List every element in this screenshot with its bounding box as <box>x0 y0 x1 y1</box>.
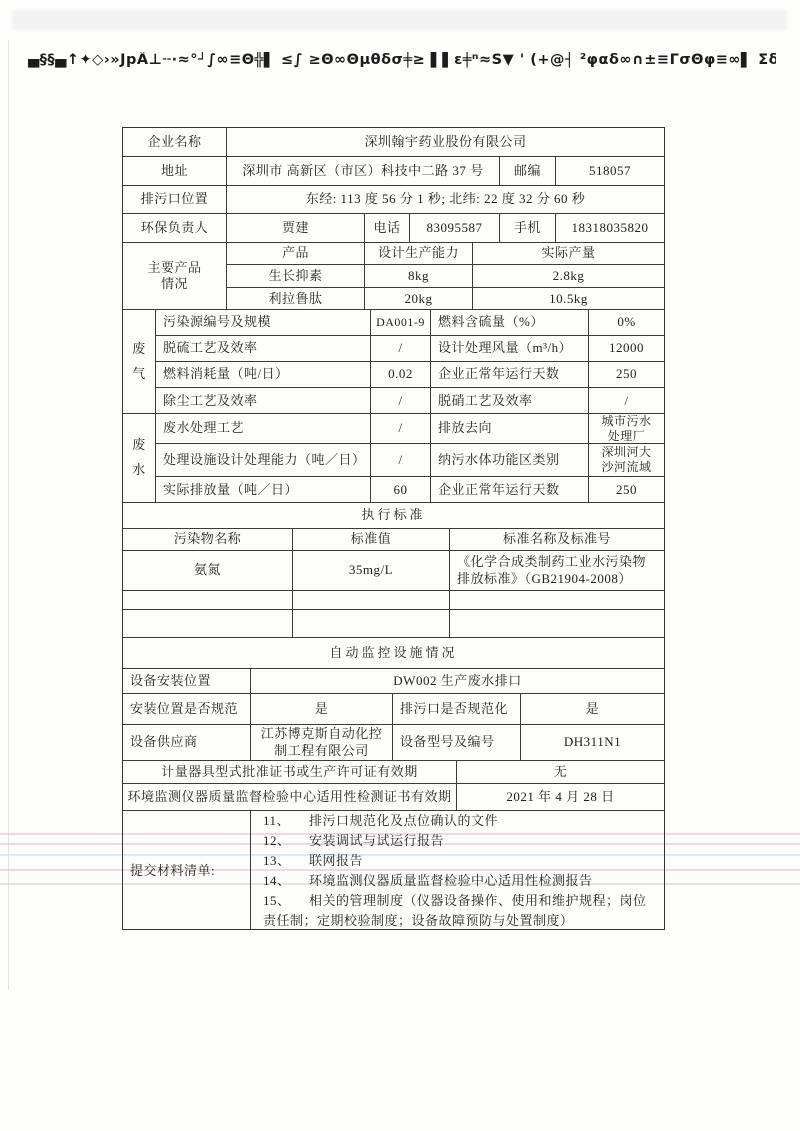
standard-value <box>293 591 450 609</box>
monitoring-title-row: 自动监控设施情况 <box>123 638 664 669</box>
wg-label-1: 燃料消耗量（吨/日） <box>156 362 371 387</box>
outlet-position-row: 排污口位置 东经: 113 度 56 分 1 秒; 北纬: 22 度 32 分 … <box>123 186 664 214</box>
products-header-row: 产品 设计生产能力 实际产量 <box>227 243 664 265</box>
standard-value: 35mg/L <box>293 551 450 590</box>
mobile-label: 手机 <box>500 214 556 242</box>
model-value: DH311N1 <box>521 725 664 760</box>
waste-water-section: 废水 废水处理工艺 / 排放去向 城市污水 处理厂 处理设施设计处理能力（吨／日… <box>123 414 664 503</box>
waste-gas-row: 污染源编号及规模 DA001-9 燃料含硫量（%） 0% <box>156 310 664 336</box>
wg-label-1: 脱硫工艺及效率 <box>156 336 371 361</box>
products-section: 主要产品 情况 产品 设计生产能力 实际产量 生长抑素 8kg 2.8kg 利拉… <box>123 243 664 310</box>
postcode-value: 518057 <box>556 157 664 185</box>
ww-label-2: 企业正常年运行天数 <box>431 477 589 503</box>
waste-water-row: 废水处理工艺 / 排放去向 城市污水 处理厂 <box>156 414 664 444</box>
standards-empty-row <box>123 610 664 638</box>
scan-edge-line <box>8 40 9 990</box>
ww-label-2: 纳污水体功能区类别 <box>431 444 589 476</box>
wg-label-2: 企业正常年运行天数 <box>431 362 589 387</box>
materials-item: 15、相关的管理制度（仪器设备操作、使用和维护规程；岗位责任制；定期校验制度；设… <box>263 891 658 930</box>
registration-form-table: 企业名称 深圳翰宇药业股份有限公司 地址 深圳市 高新区（市区）科技中二路 37… <box>122 127 665 930</box>
ww-value-2: 城市污水 处理厂 <box>589 414 664 443</box>
monitoring-title: 自动监控设施情况 <box>123 638 664 668</box>
materials-item-number: 14、 <box>263 871 309 891</box>
materials-item-text: 安装调试与试运行报告 <box>309 833 444 848</box>
supplier-row: 设备供应商 江苏博克斯自动化控 制工程有限公司 设备型号及编号 DH311N1 <box>123 725 664 761</box>
meter-cert-label: 计量器具型式批准证书或生产许可证有效期 <box>123 761 457 783</box>
phone-label: 电话 <box>365 214 410 242</box>
wg-label-2: 脱硝工艺及效率 <box>431 388 589 414</box>
pollutant-name <box>123 610 293 637</box>
waste-gas-row: 脱硫工艺及效率 / 设计处理风量（m³/h） 12000 <box>156 336 664 362</box>
materials-item: 13、联网报告 <box>263 851 658 871</box>
company-value: 深圳翰宇药业股份有限公司 <box>227 128 664 156</box>
product-row: 利拉鲁肽 20kg 10.5kg <box>227 288 664 310</box>
wg-value-2: 12000 <box>589 336 664 361</box>
materials-row: 提交材料清单: 11、排污口规范化及点位确认的文件 12、安装调试与试运行报告 … <box>123 811 664 930</box>
phone-value: 83095587 <box>410 214 500 242</box>
ww-value-1: / <box>371 414 431 443</box>
standard-name: 《化学合成类制药工业水污染物 排放标准》（GB21904-2008） <box>450 551 664 590</box>
products-section-label: 主要产品 情况 <box>123 243 227 309</box>
waste-water-label-text: 废水 <box>132 433 147 482</box>
capacity-col-header: 设计生产能力 <box>365 243 473 264</box>
supplier-value: 江苏博克斯自动化控 制工程有限公司 <box>251 725 393 760</box>
company-row: 企业名称 深圳翰宇药业股份有限公司 <box>123 128 664 157</box>
wg-value-1: DA001-9 <box>371 310 431 335</box>
supplier-label: 设备供应商 <box>123 725 251 760</box>
pollutant-name: 氨氮 <box>123 551 293 590</box>
materials-item-text: 联网报告 <box>309 853 363 868</box>
ww-value-2: 250 <box>589 477 664 503</box>
standard-name <box>450 591 664 609</box>
standards-title-row: 执行标准 <box>123 503 664 529</box>
ww-label-1: 废水处理工艺 <box>156 414 371 443</box>
waste-water-section-label: 废水 <box>123 414 156 502</box>
standards-title: 执行标准 <box>123 503 664 528</box>
waste-gas-section: 废气 污染源编号及规模 DA001-9 燃料含硫量（%） 0% 脱硫工艺及效率 … <box>123 310 664 414</box>
materials-item: 11、排污口规范化及点位确认的文件 <box>263 811 658 831</box>
materials-item-text: 排污口规范化及点位确认的文件 <box>309 813 498 828</box>
standards-data-row: 氨氮 35mg/L 《化学合成类制药工业水污染物 排放标准》（GB21904-2… <box>123 551 664 591</box>
contact-name: 贾建 <box>227 214 365 242</box>
install-location-label: 设备安装位置 <box>123 669 251 693</box>
standard-value-col-header: 标准值 <box>293 529 450 550</box>
ww-label-1: 处理设施设计处理能力（吨／日） <box>156 444 371 476</box>
standards-header-row: 污染物名称 标准值 标准名称及标准号 <box>123 529 664 551</box>
pollutant-name <box>123 591 293 609</box>
product-name: 利拉鲁肽 <box>227 288 365 310</box>
position-compliant-value: 是 <box>251 694 393 724</box>
outlet-position-label: 排污口位置 <box>123 186 227 213</box>
waste-water-row: 实际排放量（吨／日） 60 企业正常年运行天数 250 <box>156 477 664 503</box>
env-cert-label: 环境监测仪器质量监督检验中心适用性检测证书有效期 <box>123 784 457 810</box>
scan-artifact-band <box>12 10 787 30</box>
contact-label: 环保负责人 <box>123 214 227 242</box>
materials-item-text: 相关的管理制度（仪器设备操作、使用和维护规程；岗位责任制；定期校验制度；设备故障… <box>263 893 647 928</box>
ww-value-1: / <box>371 444 431 476</box>
standards-empty-row <box>123 591 664 610</box>
ww-label-1: 实际排放量（吨／日） <box>156 477 371 503</box>
wg-label-2: 燃料含硫量（%） <box>431 310 589 335</box>
materials-item-number: 12、 <box>263 831 309 851</box>
materials-label: 提交材料清单: <box>123 811 251 930</box>
materials-item-number: 15、 <box>263 891 309 911</box>
materials-item-number: 13、 <box>263 851 309 871</box>
output-col-header: 实际产量 <box>473 243 664 264</box>
address-value: 深圳市 高新区（市区）科技中二路 37 号 <box>227 157 500 185</box>
meter-cert-value: 无 <box>457 761 664 783</box>
materials-item-number: 11、 <box>263 811 309 831</box>
materials-item: 14、环境监测仪器质量监督检验中心适用性检测报告 <box>263 871 658 891</box>
waste-gas-row: 除尘工艺及效率 / 脱硝工艺及效率 / <box>156 388 664 414</box>
postcode-label: 邮编 <box>500 157 556 185</box>
wg-value-2: 0% <box>589 310 664 335</box>
wg-value-1: 0.02 <box>371 362 431 387</box>
compliance-row: 安装位置是否规范 是 排污口是否规范化 是 <box>123 694 664 725</box>
env-cert-value: 2021 年 4 月 28 日 <box>457 784 664 810</box>
outlet-position-value: 东经: 113 度 56 分 1 秒; 北纬: 22 度 32 分 60 秒 <box>227 186 664 213</box>
product-capacity: 20kg <box>365 288 473 310</box>
ww-value-1: 60 <box>371 477 431 503</box>
wg-value-2: / <box>589 388 664 414</box>
product-name: 生长抑素 <box>227 265 365 287</box>
env-cert-row: 环境监测仪器质量监督检验中心适用性检测证书有效期 2021 年 4 月 28 日 <box>123 784 664 811</box>
standard-name-col-header: 标准名称及标准号 <box>450 529 664 550</box>
address-label: 地址 <box>123 157 227 185</box>
address-row: 地址 深圳市 高新区（市区）科技中二路 37 号 邮编 518057 <box>123 157 664 186</box>
wg-label-1: 除尘工艺及效率 <box>156 388 371 414</box>
wg-label-2: 设计处理风量（m³/h） <box>431 336 589 361</box>
contact-row: 环保负责人 贾建 电话 83095587 手机 18318035820 <box>123 214 664 243</box>
scanned-document-page: ▄§§▄↑✦◇›»JpÄ⊥╌·≈°┘∫∞≡Θ╬▌ ≤∫ ≥Θ∞Θμθδσ╪≥ ▌… <box>0 0 800 1131</box>
wg-value-2: 250 <box>589 362 664 387</box>
waste-gas-label-text: 废气 <box>132 337 147 386</box>
ww-label-2: 排放去向 <box>431 414 589 443</box>
outlet-compliant-value: 是 <box>521 694 664 724</box>
product-capacity: 8kg <box>365 265 473 287</box>
mobile-value: 18318035820 <box>556 214 664 242</box>
model-label: 设备型号及编号 <box>393 725 521 760</box>
product-col-header: 产品 <box>227 243 365 264</box>
standard-value <box>293 610 450 637</box>
ww-value-2: 深圳河大 沙河流域 <box>589 444 664 476</box>
wg-label-1: 污染源编号及规模 <box>156 310 371 335</box>
materials-list: 11、排污口规范化及点位确认的文件 12、安装调试与试运行报告 13、联网报告 … <box>251 811 664 930</box>
wg-value-1: / <box>371 336 431 361</box>
product-output: 10.5kg <box>473 288 664 310</box>
waste-gas-section-label: 废气 <box>123 310 156 413</box>
waste-water-row: 处理设施设计处理能力（吨／日） / 纳污水体功能区类别 深圳河大 沙河流域 <box>156 444 664 477</box>
install-location-value: DW002 生产废水排口 <box>251 669 664 693</box>
install-location-row: 设备安装位置 DW002 生产废水排口 <box>123 669 664 694</box>
product-output: 2.8kg <box>473 265 664 287</box>
position-compliant-label: 安装位置是否规范 <box>123 694 251 724</box>
standard-name <box>450 610 664 637</box>
product-row: 生长抑素 8kg 2.8kg <box>227 265 664 288</box>
meter-cert-row: 计量器具型式批准证书或生产许可证有效期 无 <box>123 761 664 784</box>
waste-gas-row: 燃料消耗量（吨/日） 0.02 企业正常年运行天数 250 <box>156 362 664 388</box>
scan-noise-line: ▄§§▄↑✦◇›»JpÄ⊥╌·≈°┘∫∞≡Θ╬▌ ≤∫ ≥Θ∞Θμθδσ╪≥ ▌… <box>28 52 776 72</box>
outlet-compliant-label: 排污口是否规范化 <box>393 694 521 724</box>
company-label: 企业名称 <box>123 128 227 156</box>
materials-item: 12、安装调试与试运行报告 <box>263 831 658 851</box>
materials-item-text: 环境监测仪器质量监督检验中心适用性检测报告 <box>309 873 593 888</box>
pollutant-col-header: 污染物名称 <box>123 529 293 550</box>
wg-value-1: / <box>371 388 431 414</box>
